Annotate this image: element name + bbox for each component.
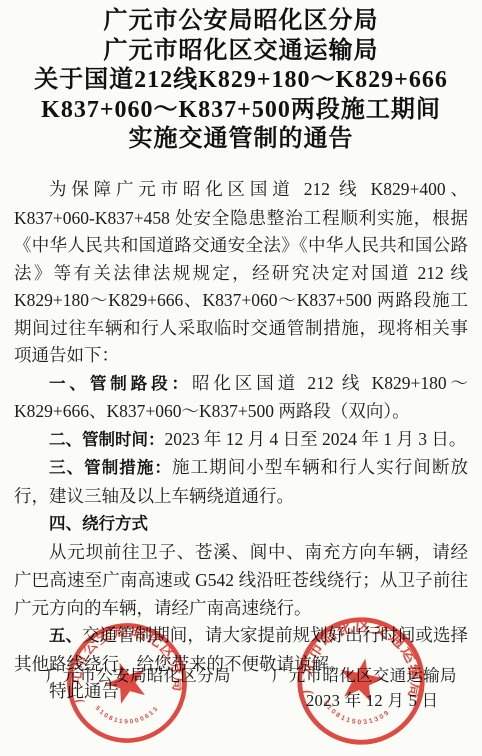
paragraph-section-3: 三、管制措施：施工期间小型车辆和行人实行间断放行，建议三轴及以上车辆绕道通行。: [14, 454, 468, 510]
notice-document: 广元市公安局昭化区分局 广元市昭化区交通运输局 关于国道212线K829+180…: [0, 0, 482, 756]
star-icon: [336, 654, 387, 703]
section-2-label: 二、管制时间：: [49, 431, 165, 449]
detour-text: 从元坝前往卫子、苍溪、阆中、南充方向车辆，请经广巴高速至广南高速或 G542 线…: [14, 542, 468, 618]
transport-seal: 广元市昭化区交通运输局 5108115031309: [291, 611, 432, 752]
section-4-label: 四、绕行方式: [49, 515, 148, 533]
police-seal: 广元市公安局昭化区分局 5108119000613: [58, 614, 196, 752]
title-line-3: 关于国道212线K829+180～K829+666: [0, 66, 482, 96]
section-3-label: 三、管制措施：: [49, 459, 172, 477]
paragraph-detour: 从元坝前往卫子、苍溪、阆中、南充方向车辆，请经广巴高速至广南高速或 G542 线…: [14, 539, 468, 623]
title-line-1: 广元市公安局昭化区分局: [0, 7, 482, 37]
star-icon: [100, 656, 152, 707]
section-2-text: 2023 年 12 月 4 日至 2024 年 1 月 3 日。: [165, 429, 467, 449]
seal-serial: 5108115031309: [321, 699, 393, 728]
paragraph-section-1: 一、管制路段：昭化区国道 212 线 K829+180～K829+666、K83…: [14, 370, 468, 426]
title-line-5: 实施交通管制的通告: [0, 125, 482, 155]
section-1-label: 一、管制路段：: [49, 375, 192, 393]
paragraph-section-2: 二、管制时间：2023 年 12 月 4 日至 2024 年 1 月 3 日。: [14, 426, 468, 455]
paragraph-text: 为保障广元市昭化区国道 212 线 K829+400、K837+060-K837…: [14, 179, 468, 365]
seal-serial: 5108119000613: [93, 699, 162, 730]
document-title: 广元市公安局昭化区分局 广元市昭化区交通运输局 关于国道212线K829+180…: [0, 7, 482, 155]
paragraph-section-4: 四、绕行方式: [14, 510, 468, 539]
paragraph-intro: 为保障广元市昭化区国道 212 线 K829+400、K837+060-K837…: [14, 176, 468, 370]
title-line-4: K837+060～K837+500两段施工期间: [0, 96, 482, 126]
title-line-2: 广元市昭化区交通运输局: [0, 37, 482, 67]
